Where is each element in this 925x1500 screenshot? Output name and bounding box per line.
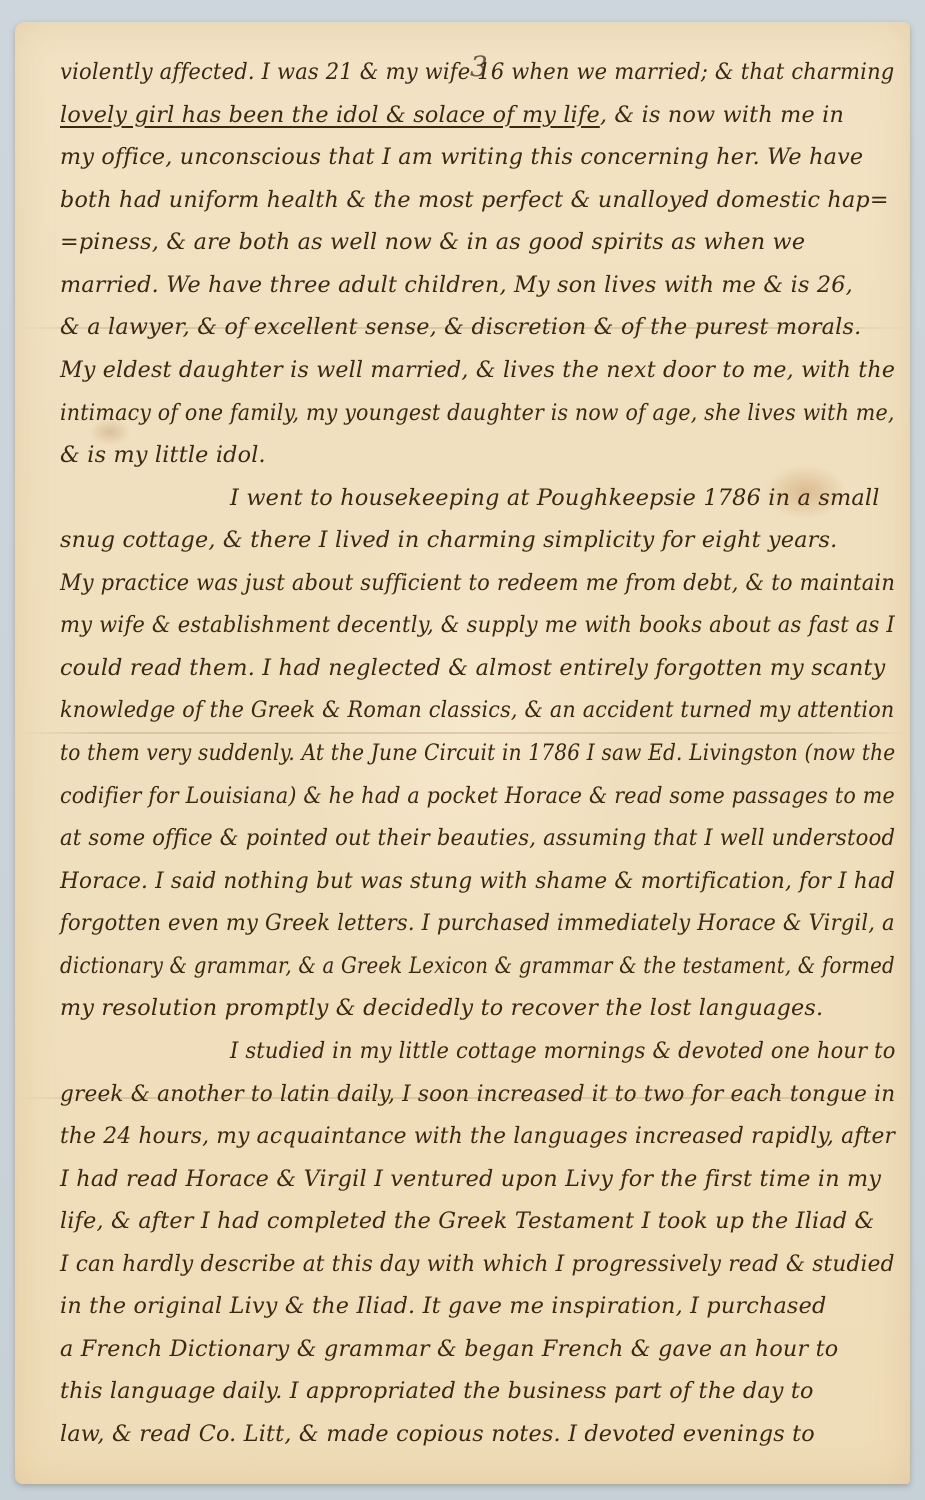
manuscript-line: at some office & pointed out their beaut… (60, 826, 853, 851)
manuscript-line: violently affected. I was 21 & my wife 1… (60, 60, 849, 85)
manuscript-line: law, & read Co. Litt, & made copious not… (60, 1422, 895, 1447)
manuscript-line: snug cottage, & there I lived in charmin… (60, 528, 895, 553)
manuscript-line: =piness, & are both as well now & in as … (60, 230, 895, 255)
manuscript-line: this language daily. I appropriated the … (60, 1379, 895, 1404)
manuscript-line: & is my little idol. (60, 443, 895, 468)
manuscript-line: married. We have three adult children, M… (60, 273, 895, 298)
manuscript-line: dictionary & grammar, & a Greek Lexicon … (60, 954, 801, 979)
manuscript-line: Horace. I said nothing but was stung wit… (60, 869, 869, 894)
manuscript-line: the 24 hours, my acquaintance with the l… (60, 1124, 875, 1149)
manuscript-line: my resolution promptly & decidedly to re… (60, 996, 895, 1021)
manuscript-line: life, & after I had completed the Greek … (60, 1209, 895, 1234)
manuscript-line: to them very suddenly. At the June Circu… (60, 741, 814, 766)
manuscript-line: both had uniform health & the most perfe… (60, 188, 895, 213)
manuscript-line: I had read Horace & Virgil I ventured up… (60, 1167, 895, 1192)
manuscript-page: 3 violently affected. I was 21 & my wife… (15, 22, 910, 1484)
manuscript-line: knowledge of the Greek & Roman classics,… (60, 698, 837, 723)
manuscript-line: I studied in my little cottage mornings … (230, 1039, 854, 1064)
manuscript-line: lovely girl has been the idol & solace o… (60, 103, 895, 128)
manuscript-line: My eldest daughter is well married, & li… (60, 358, 889, 383)
manuscript-line: I went to housekeeping at Poughkeepsie 1… (230, 486, 895, 511)
paper-fold-line (15, 732, 910, 734)
manuscript-line: intimacy of one family, my youngest daug… (60, 401, 831, 426)
manuscript-line: codifier for Louisiana) & he had a pocke… (60, 784, 834, 809)
manuscript-line: in the original Livy & the Iliad. It gav… (60, 1294, 895, 1319)
manuscript-line: my office, unconscious that I am writing… (60, 145, 895, 170)
manuscript-line: forgotten even my Greek letters. I purch… (60, 911, 848, 936)
manuscript-line: & a lawyer, & of excellent sense, & disc… (60, 315, 895, 340)
manuscript-line: my wife & establishment decently, & supp… (60, 613, 850, 638)
manuscript-line: a French Dictionary & grammar & began Fr… (60, 1337, 895, 1362)
manuscript-line: My practice was just about sufficient to… (60, 571, 848, 596)
manuscript-line: I can hardly describe at this day with w… (60, 1252, 869, 1277)
manuscript-line: greek & another to latin daily, I soon i… (60, 1082, 869, 1107)
manuscript-line: could read them. I had neglected & almos… (60, 656, 895, 681)
